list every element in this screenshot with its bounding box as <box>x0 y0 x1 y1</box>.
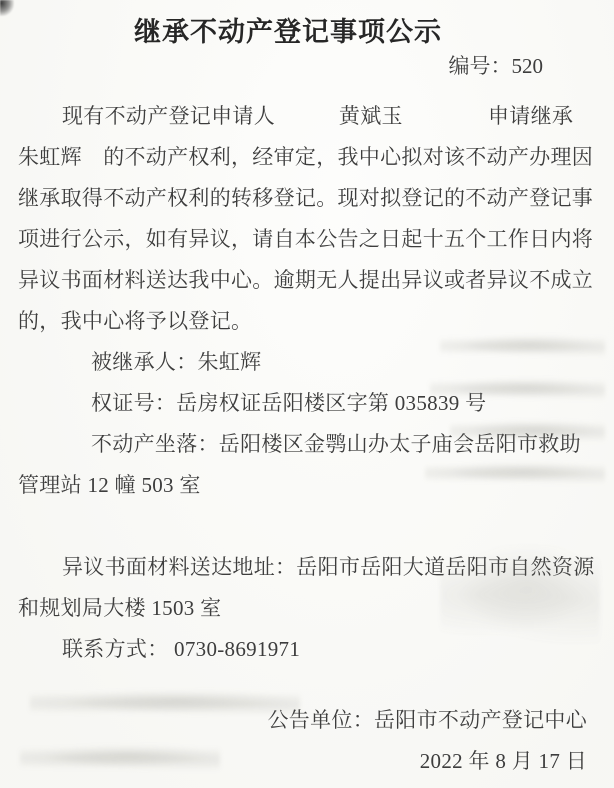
property-location-line: 不动产坐落：岳阳楼区金鹗山办太子庙会岳阳市救助 <box>18 424 604 465</box>
reference-number-label: 编号： <box>449 54 512 78</box>
objection-address-line-continued: 和规划局大楼 1503 室 <box>18 588 604 629</box>
document-title: 继承不动产登记事项公示 <box>0 15 576 49</box>
reference-number-line: 编号：520 <box>0 53 614 79</box>
notice-body: 现有不动产登记申请人 黄斌玉 申请继承 朱虹辉 的不动产权利，经审定，我中心拟对… <box>0 96 614 670</box>
paragraph-line-registration-conclusion: 的，我中心将予以登记。 <box>18 301 604 342</box>
reference-number-value: 520 <box>512 54 544 78</box>
decedent-line: 被继承人：朱虹辉 <box>18 342 604 383</box>
certificate-number-line: 权证号：岳房权证岳阳楼区字第 035839 号 <box>18 383 604 424</box>
date-line: 2022 年 8 月 17 日 <box>0 741 614 782</box>
footer-spacer <box>0 670 614 700</box>
paragraph-line-decedent-rights: 朱虹辉 的不动产权利，经审定，我中心拟对该不动产办理因 <box>18 137 604 178</box>
property-location-line-continued: 管理站 12 幢 503 室 <box>18 465 604 506</box>
objection-address-line: 异议书面材料送达地址：岳阳市岳阳大道岳阳市自然资源 <box>18 547 604 588</box>
blank-line <box>18 506 604 547</box>
paragraph-line-transfer-registration: 继承取得不动产权利的转移登记。现对拟登记的不动产登记事 <box>18 178 604 219</box>
paragraph-line-objection-period: 项进行公示，如有异议，请自本公告之日起十五个工作日内将 <box>18 219 604 260</box>
contact-phone-line: 联系方式： 0730-8691971 <box>18 629 604 670</box>
paragraph-line-applicant: 现有不动产登记申请人 黄斌玉 申请继承 <box>18 96 604 137</box>
scan-corner-mark <box>0 0 14 16</box>
paragraph-line-objection-materials: 异议书面材料送达我中心。逾期无人提出异议或者异议不成立 <box>18 260 604 301</box>
issuer-line: 公告单位：岳阳市不动产登记中心 <box>0 700 614 741</box>
scanned-notice-document: 继承不动产登记事项公示 编号：520 现有不动产登记申请人 黄斌玉 申请继承 朱… <box>0 0 614 788</box>
